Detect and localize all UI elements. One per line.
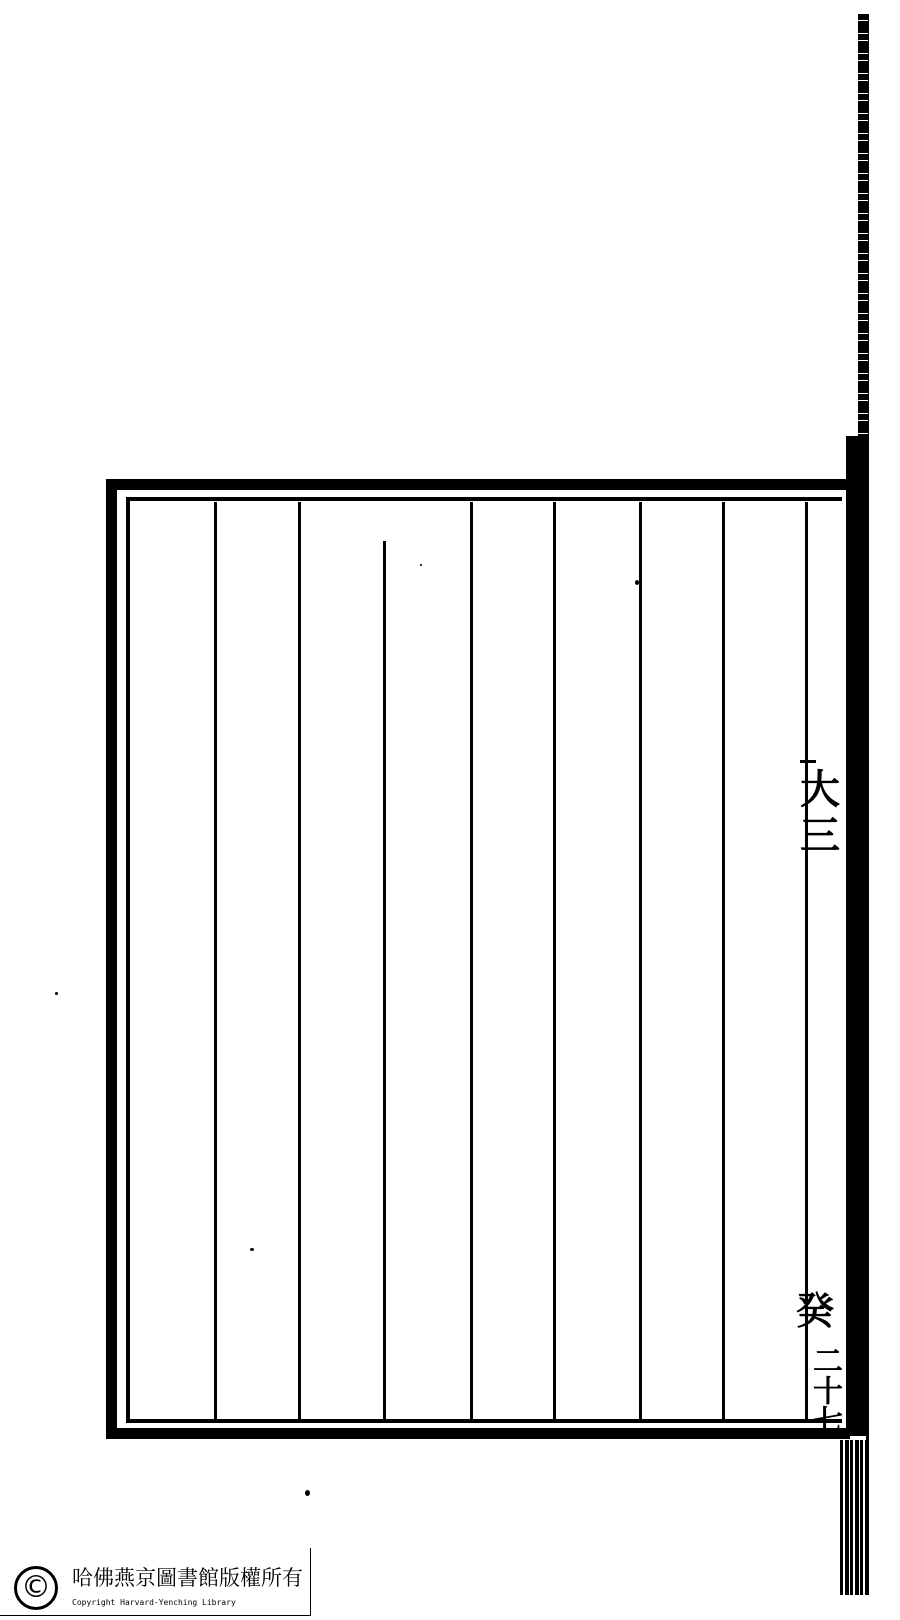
margin-title-char-2: 三 (796, 816, 844, 856)
column-rule (298, 502, 301, 1422)
spine-edge-top (858, 14, 868, 444)
scan-speck (250, 1248, 254, 1251)
page-number: 二十七 (800, 1345, 840, 1435)
scan-speck (305, 1490, 310, 1496)
page-frame-inner (126, 497, 842, 1423)
column-rule (470, 502, 473, 1422)
margin-tick-mark (800, 760, 816, 763)
column-rule (639, 502, 642, 1422)
column-rule (214, 502, 217, 1422)
column-rule (553, 502, 556, 1422)
scan-speck (420, 564, 422, 566)
column-rule (722, 502, 725, 1422)
spine-edge-bottom (840, 1440, 870, 1595)
scan-speck (635, 580, 639, 585)
section-mark: 癸 (796, 1280, 840, 1335)
copyright-text-english: Copyright Harvard-Yenching Library (72, 1598, 236, 1607)
margin-title-char-1: 大 (796, 770, 844, 810)
copyright-text-chinese: 哈佛燕京圖書館版權所有 (72, 1562, 303, 1592)
column-rule (383, 541, 386, 1421)
copyright-icon: © (14, 1566, 58, 1610)
scan-speck (55, 992, 58, 995)
